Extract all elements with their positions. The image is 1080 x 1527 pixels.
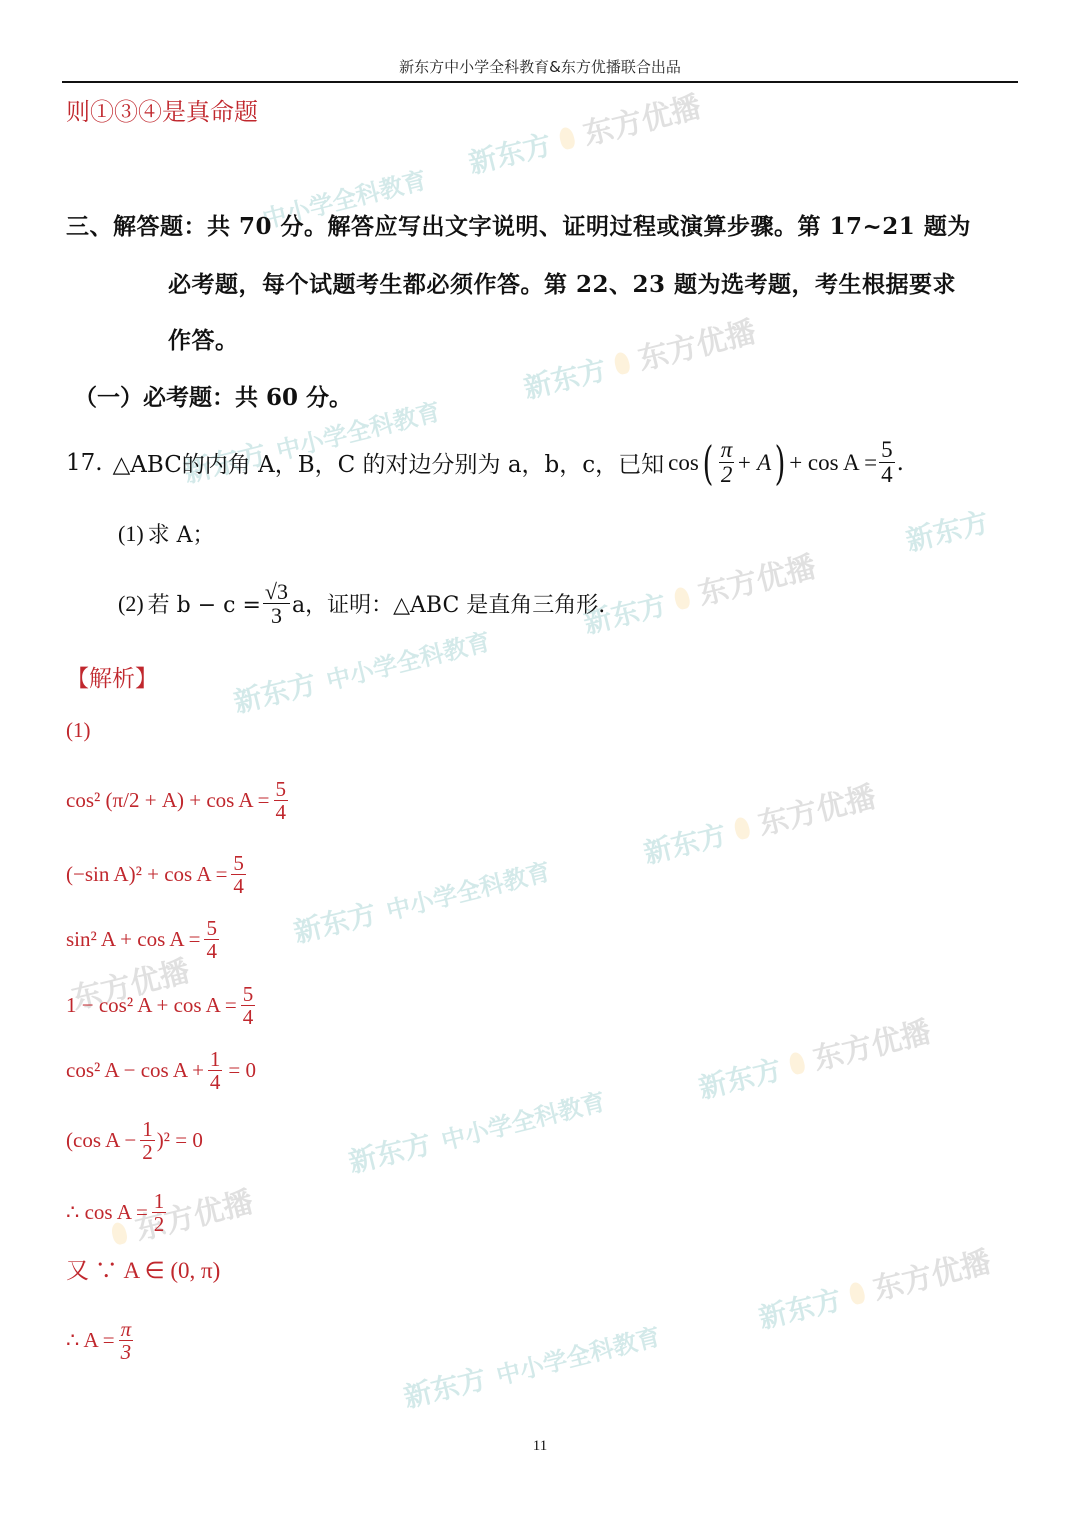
flame-icon [788, 1051, 807, 1076]
given-rest: + cos A = [789, 450, 877, 476]
watermark-xdf-df: 新东方东方优播 [638, 772, 880, 872]
analysis-step-3: sin² A + cos A = 54 [66, 917, 221, 962]
analysis-step-5: cos² A − cos A + 14 = 0 [66, 1048, 256, 1093]
watermark-xdf-df: 新东方东方优播 [463, 82, 705, 182]
section-heading-line2: 必考题，每个试题考生都必须作答。第 22、23 题为选考题，考生根据要求 [168, 266, 956, 299]
given-rhs-fraction: 54 [879, 438, 895, 487]
question-17-stem: 17. △ABC的内角 A，B，C 的对边分别为 a，b，c，已知 cos ( … [66, 438, 904, 487]
given-end: . [897, 450, 904, 476]
question-17-part1: (1) 求 A； [118, 518, 215, 549]
question-17-part2: (2) 若 b − c = √33 a，证明：△ABC 是直角三角形. [118, 580, 605, 627]
previous-answer-conclusion: 则①③④是真命题 [66, 92, 258, 127]
analysis-step-8: 又 ∵ A ∈ (0, π) [66, 1252, 220, 1285]
section-heading-line3: 作答。 [168, 322, 239, 355]
watermark-edu: 新东方 中小学全科教育 [344, 1079, 609, 1181]
header-divider [62, 81, 1018, 83]
watermark-edu: 新东方 中小学全科教育 [289, 849, 554, 951]
analysis-step-7: ∴ cos A = 12 [66, 1190, 168, 1235]
flame-icon [558, 126, 577, 151]
flame-icon [673, 586, 692, 611]
flame-icon [733, 816, 752, 841]
subsection-heading: （一）必考题：共 60 分。 [74, 379, 352, 412]
analysis-part-label: (1) [66, 718, 91, 743]
watermark-xdf: 新东方 [901, 500, 992, 559]
watermark-xdf-df: 新东方东方优播 [693, 1007, 935, 1107]
left-paren: ( [702, 440, 713, 486]
analysis-step-1: cos² (π/2 + A) + cos A = 54 [66, 778, 290, 823]
right-paren: ) [775, 440, 786, 486]
flame-icon [613, 351, 632, 376]
watermark-xdf-df: 新东方东方优播 [578, 542, 820, 642]
analysis-step-6: (cos A − 12 )² = 0 [66, 1118, 203, 1163]
analysis-step-2: (−sin A)² + cos A = 54 [66, 852, 248, 897]
analysis-title: 【解析】 [66, 660, 158, 693]
watermark-xdf-df: 新东方东方优播 [518, 307, 760, 407]
watermark-edu: 新东方 中小学全科教育 [229, 619, 494, 721]
section-heading-line1: 三、解答题：共 70 分。解答应写出文字说明、证明过程或演算步骤。第 17~21… [66, 208, 971, 241]
page-number: 11 [0, 1438, 1080, 1455]
given-plus-a: + A [736, 450, 771, 476]
given-func: cos [668, 450, 699, 476]
question-number: 17. [66, 450, 103, 476]
flame-icon [848, 1281, 867, 1306]
analysis-step-9: ∴ A = π3 [66, 1318, 135, 1363]
given-fraction: π2 [719, 438, 735, 487]
part2-fraction: √33 [263, 580, 290, 627]
analysis-step-4: 1 − cos² A + cos A = 54 [66, 983, 257, 1028]
watermark-edu: 新东方 中小学全科教育 [399, 1314, 664, 1416]
watermark-xdf-df: 新东方东方优播 [753, 1237, 995, 1337]
page-header: 新东方中小学全科教育&东方优播联合出品 [62, 52, 1018, 82]
question-text: △ABC的内角 A，B，C 的对边分别为 a，b，c，已知 [113, 446, 665, 479]
